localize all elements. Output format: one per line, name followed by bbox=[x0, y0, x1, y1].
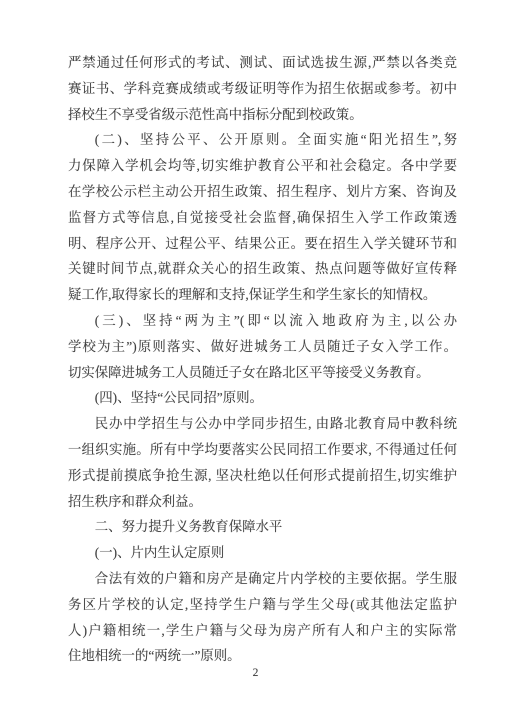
text-line: (四)、坚持“公民同招”原则。 bbox=[68, 385, 457, 411]
text-line: 务区片学校的认定,坚持学生户籍与学生父母(或其他法定监护 bbox=[68, 592, 457, 618]
text-line: 明、程序公开、过程公平、结果公正。要在招生入学关键环节和 bbox=[68, 231, 457, 257]
text-line: 择校生不享受省级示范性高中指标分配到校政策。 bbox=[68, 102, 457, 128]
page-number: 2 bbox=[0, 667, 511, 679]
text-line: 二、努力提升义务教育保障水平 bbox=[68, 514, 457, 540]
text-line: 赛证书、学科竞赛成绩或考级证明等作为招生依据或参考。初中 bbox=[68, 76, 457, 102]
text-line: (三)、坚持“两为主”(即“以流入地政府为主,以公办 bbox=[68, 308, 457, 334]
document-page: 严禁通过任何形式的考试、测试、面试选拔生源,严禁以各类竞赛证书、学科竞赛成绩或考… bbox=[0, 0, 511, 717]
text-line: 人)户籍相统一,学生户籍与父母为房产所有人和户主的实际常 bbox=[68, 618, 457, 644]
text-line: 力保障入学机会均等,切实维护教育公平和社会稳定。各中学要 bbox=[68, 153, 457, 179]
text-line: 形式提前摸底争抢生源, 坚决杜绝以任何形式提前招生,切实维护 bbox=[68, 463, 457, 489]
text-line: 住地相统一的“两统一”原则。 bbox=[68, 643, 457, 669]
text-line: (二)、坚持公平、公开原则。全面实施“阳光招生”,努 bbox=[68, 127, 457, 153]
document-lines: 严禁通过任何形式的考试、测试、面试选拔生源,严禁以各类竞赛证书、学科竞赛成绩或考… bbox=[68, 50, 457, 669]
text-line: 民办中学招生与公办中学同步招生, 由路北教育局中教科统 bbox=[68, 411, 457, 437]
text-line: 学校为主”)原则落实、做好进城务工人员随迁子女入学工作。 bbox=[68, 334, 457, 360]
text-line: 在学校公示栏主动公开招生政策、招生程序、划片方案、咨询及 bbox=[68, 179, 457, 205]
text-line: 疑工作,取得家长的理解和支持,保证学生和学生家长的知情权。 bbox=[68, 282, 457, 308]
text-line: 严禁通过任何形式的考试、测试、面试选拔生源,严禁以各类竞 bbox=[68, 50, 457, 76]
text-line: 招生秩序和群众利益。 bbox=[68, 489, 457, 515]
text-line: 合法有效的户籍和房产是确定片内学校的主要依据。学生服 bbox=[68, 566, 457, 592]
text-line: 监督方式等信息,自觉接受社会监督,确保招生入学工作政策透 bbox=[68, 205, 457, 231]
text-line: (一)、片内生认定原则 bbox=[68, 540, 457, 566]
text-line: 一组织实施。所有中学均要落实公民同招工作要求, 不得通过任何 bbox=[68, 437, 457, 463]
text-line: 切实保障进城务工人员随迁子女在路北区平等接受义务教育。 bbox=[68, 360, 457, 386]
text-line: 关键时间节点,就群众关心的招生政策、热点问题等做好宣传释 bbox=[68, 256, 457, 282]
